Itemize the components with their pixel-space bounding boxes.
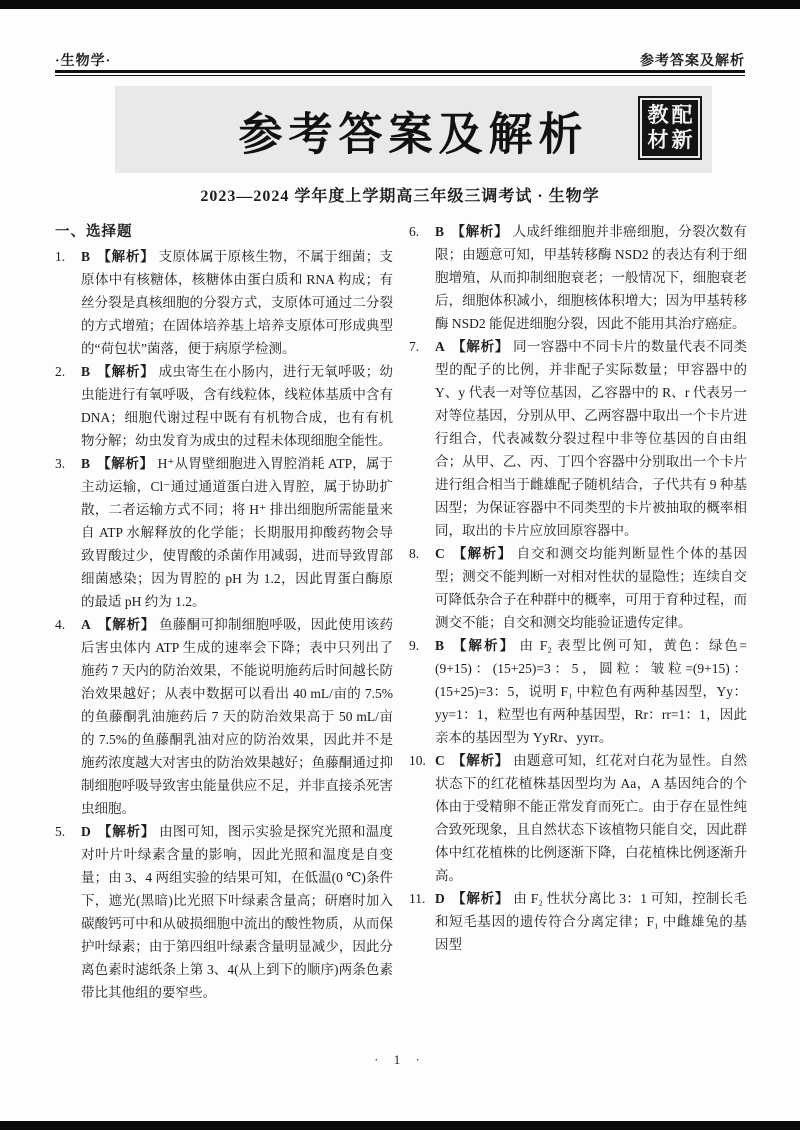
new-textbook-stamp: 教配 材新 bbox=[638, 96, 702, 160]
stamp-row-1: 教配 bbox=[645, 103, 696, 128]
analysis-label: 【解析】 bbox=[451, 638, 515, 653]
answer-item: 9.B【解析】由 F₂ 表型比例可知，黄色：绿色=(9+15)：(15+25)=… bbox=[409, 634, 747, 749]
answer-letter: B bbox=[81, 364, 90, 379]
item-number: 1. bbox=[55, 245, 65, 268]
answer-letter: B bbox=[81, 249, 90, 264]
right-column: 6.B【解析】人成纤维细胞并非癌细胞，分裂次数有限；由题意可知，甲基转移酶 NS… bbox=[409, 220, 747, 1004]
analysis-label: 【解析】 bbox=[98, 824, 155, 839]
analysis-text: 由 F₂ 表型比例可知，黄色：绿色=(9+15)：(15+25)=3：5，圆粒：… bbox=[435, 638, 747, 745]
item-number: 3. bbox=[55, 452, 65, 475]
answer-letter: B bbox=[435, 224, 444, 239]
item-number: 5. bbox=[55, 820, 65, 843]
item-number: 7. bbox=[409, 335, 419, 358]
analysis-label: 【解析】 bbox=[98, 617, 155, 632]
analysis-label: 【解析】 bbox=[97, 456, 154, 471]
answer-letter: A bbox=[435, 339, 445, 354]
exam-subtitle: 2023—2024 学年度上学期高三年级三调考试 · 生物学 bbox=[0, 183, 800, 206]
answer-columns: 一、选择题 1.B【解析】支原体属于原核生物，不属于细菌；支原体中有核糖体，核糖… bbox=[55, 220, 747, 1004]
analysis-label: 【解析】 bbox=[452, 339, 509, 354]
answer-letter: C bbox=[435, 546, 445, 561]
header-double-rule bbox=[55, 70, 745, 76]
answer-letter: B bbox=[81, 456, 90, 471]
right-item-list: 6.B【解析】人成纤维细胞并非癌细胞，分裂次数有限；由题意可知，甲基转移酶 NS… bbox=[409, 220, 747, 956]
scanned-answer-page: ·生物学· 参考答案及解析 参考答案及解析 教配 材新 2023—2024 学年… bbox=[0, 0, 800, 1130]
running-header-right: 参考答案及解析 bbox=[640, 50, 745, 70]
analysis-text: 鱼藤酮可抑制细胞呼吸，因此使用该药后害虫体内 ATP 生成的速率会下降；表中只列… bbox=[81, 617, 393, 816]
answer-item: 4.A【解析】鱼藤酮可抑制细胞呼吸，因此使用该药后害虫体内 ATP 生成的速率会… bbox=[55, 613, 393, 820]
analysis-label: 【解析】 bbox=[97, 364, 155, 379]
left-item-list: 1.B【解析】支原体属于原核生物，不属于细菌；支原体中有核糖体，核糖体由蛋白质和… bbox=[55, 245, 393, 1004]
item-number: 2. bbox=[55, 360, 65, 383]
analysis-label: 【解析】 bbox=[451, 224, 509, 239]
analysis-text: 由题意可知，红花对白花为显性。自然状态下的红花植株基因型均为 Aa，A 基因纯合… bbox=[435, 753, 747, 883]
answer-item: 2.B【解析】成虫寄生在小肠内，进行无氧呼吸；幼虫能进行有氧呼吸，含有线粒体，线… bbox=[55, 360, 393, 452]
stamp-row-2: 材新 bbox=[645, 128, 696, 153]
running-header: ·生物学· 参考答案及解析 bbox=[55, 50, 745, 70]
answer-item: 10.C【解析】由题意可知，红花对白花为显性。自然状态下的红花植株基因型均为 A… bbox=[409, 749, 747, 887]
answer-letter: B bbox=[435, 638, 444, 653]
title-banner: 参考答案及解析 教配 材新 bbox=[115, 86, 712, 173]
answer-letter: D bbox=[81, 824, 91, 839]
analysis-text: 人成纤维细胞并非癌细胞，分裂次数有限；由题意可知，甲基转移酶 NSD2 的表达有… bbox=[435, 224, 747, 331]
answer-item: 11.D【解析】由 F₂ 性状分离比 3：1 可知，控制长毛和短毛基因的遗传符合… bbox=[409, 887, 747, 956]
stamp-text: 教配 材新 bbox=[642, 100, 698, 156]
answer-item: 7.A【解析】同一容器中不同卡片的数量代表不同类型的配子的比例，并非配子实际数量… bbox=[409, 335, 747, 542]
item-number: 4. bbox=[55, 613, 65, 636]
answer-item: 6.B【解析】人成纤维细胞并非癌细胞，分裂次数有限；由题意可知，甲基转移酶 NS… bbox=[409, 220, 747, 335]
answer-item: 8.C【解析】自交和测交均能判断显性个体的基因型；测交不能判断一对相对性状的显隐… bbox=[409, 542, 747, 634]
section-heading: 一、选择题 bbox=[55, 220, 393, 241]
analysis-label: 【解析】 bbox=[97, 249, 155, 264]
answer-item: 3.B【解析】H⁺从胃壁细胞进入胃腔消耗 ATP，属于主动运输，Cl⁻通过通道蛋… bbox=[55, 452, 393, 613]
answer-letter: C bbox=[435, 753, 445, 768]
analysis-label: 【解析】 bbox=[452, 891, 510, 906]
answer-letter: D bbox=[435, 891, 445, 906]
analysis-text: 同一容器中不同卡片的数量代表不同类型的配子的比例，并非配子实际数量；甲容器中的 … bbox=[435, 339, 747, 538]
scan-edge-bottom bbox=[0, 1121, 800, 1130]
item-number: 10. bbox=[409, 749, 426, 772]
analysis-text: H⁺从胃壁细胞进入胃腔消耗 ATP，属于主动运输，Cl⁻通过通道蛋白进入胃腔，属… bbox=[81, 456, 393, 609]
running-header-left: ·生物学· bbox=[55, 50, 111, 70]
item-number: 9. bbox=[409, 634, 419, 657]
item-number: 6. bbox=[409, 220, 419, 243]
answer-letter: A bbox=[81, 617, 91, 632]
analysis-label: 【解析】 bbox=[452, 546, 513, 561]
item-number: 8. bbox=[409, 542, 419, 565]
analysis-label: 【解析】 bbox=[452, 753, 509, 768]
item-number: 11. bbox=[409, 887, 425, 910]
answer-item: 1.B【解析】支原体属于原核生物，不属于细菌；支原体中有核糖体，核糖体由蛋白质和… bbox=[55, 245, 393, 360]
analysis-text: 由图可知，图示实验是探究光照和温度对叶片叶绿素含量的影响，因此光照和温度是自变量… bbox=[81, 824, 393, 1000]
answer-item: 5.D【解析】由图可知，图示实验是探究光照和温度对叶片叶绿素含量的影响，因此光照… bbox=[55, 820, 393, 1004]
analysis-text: 支原体属于原核生物，不属于细菌；支原体中有核糖体，核糖体由蛋白质和 RNA 构成… bbox=[81, 249, 393, 356]
left-column: 一、选择题 1.B【解析】支原体属于原核生物，不属于细菌；支原体中有核糖体，核糖… bbox=[55, 220, 393, 1004]
page-title: 参考答案及解析 bbox=[239, 97, 589, 162]
scan-edge-top bbox=[0, 0, 800, 9]
page-number: · 1 · bbox=[0, 1052, 800, 1068]
